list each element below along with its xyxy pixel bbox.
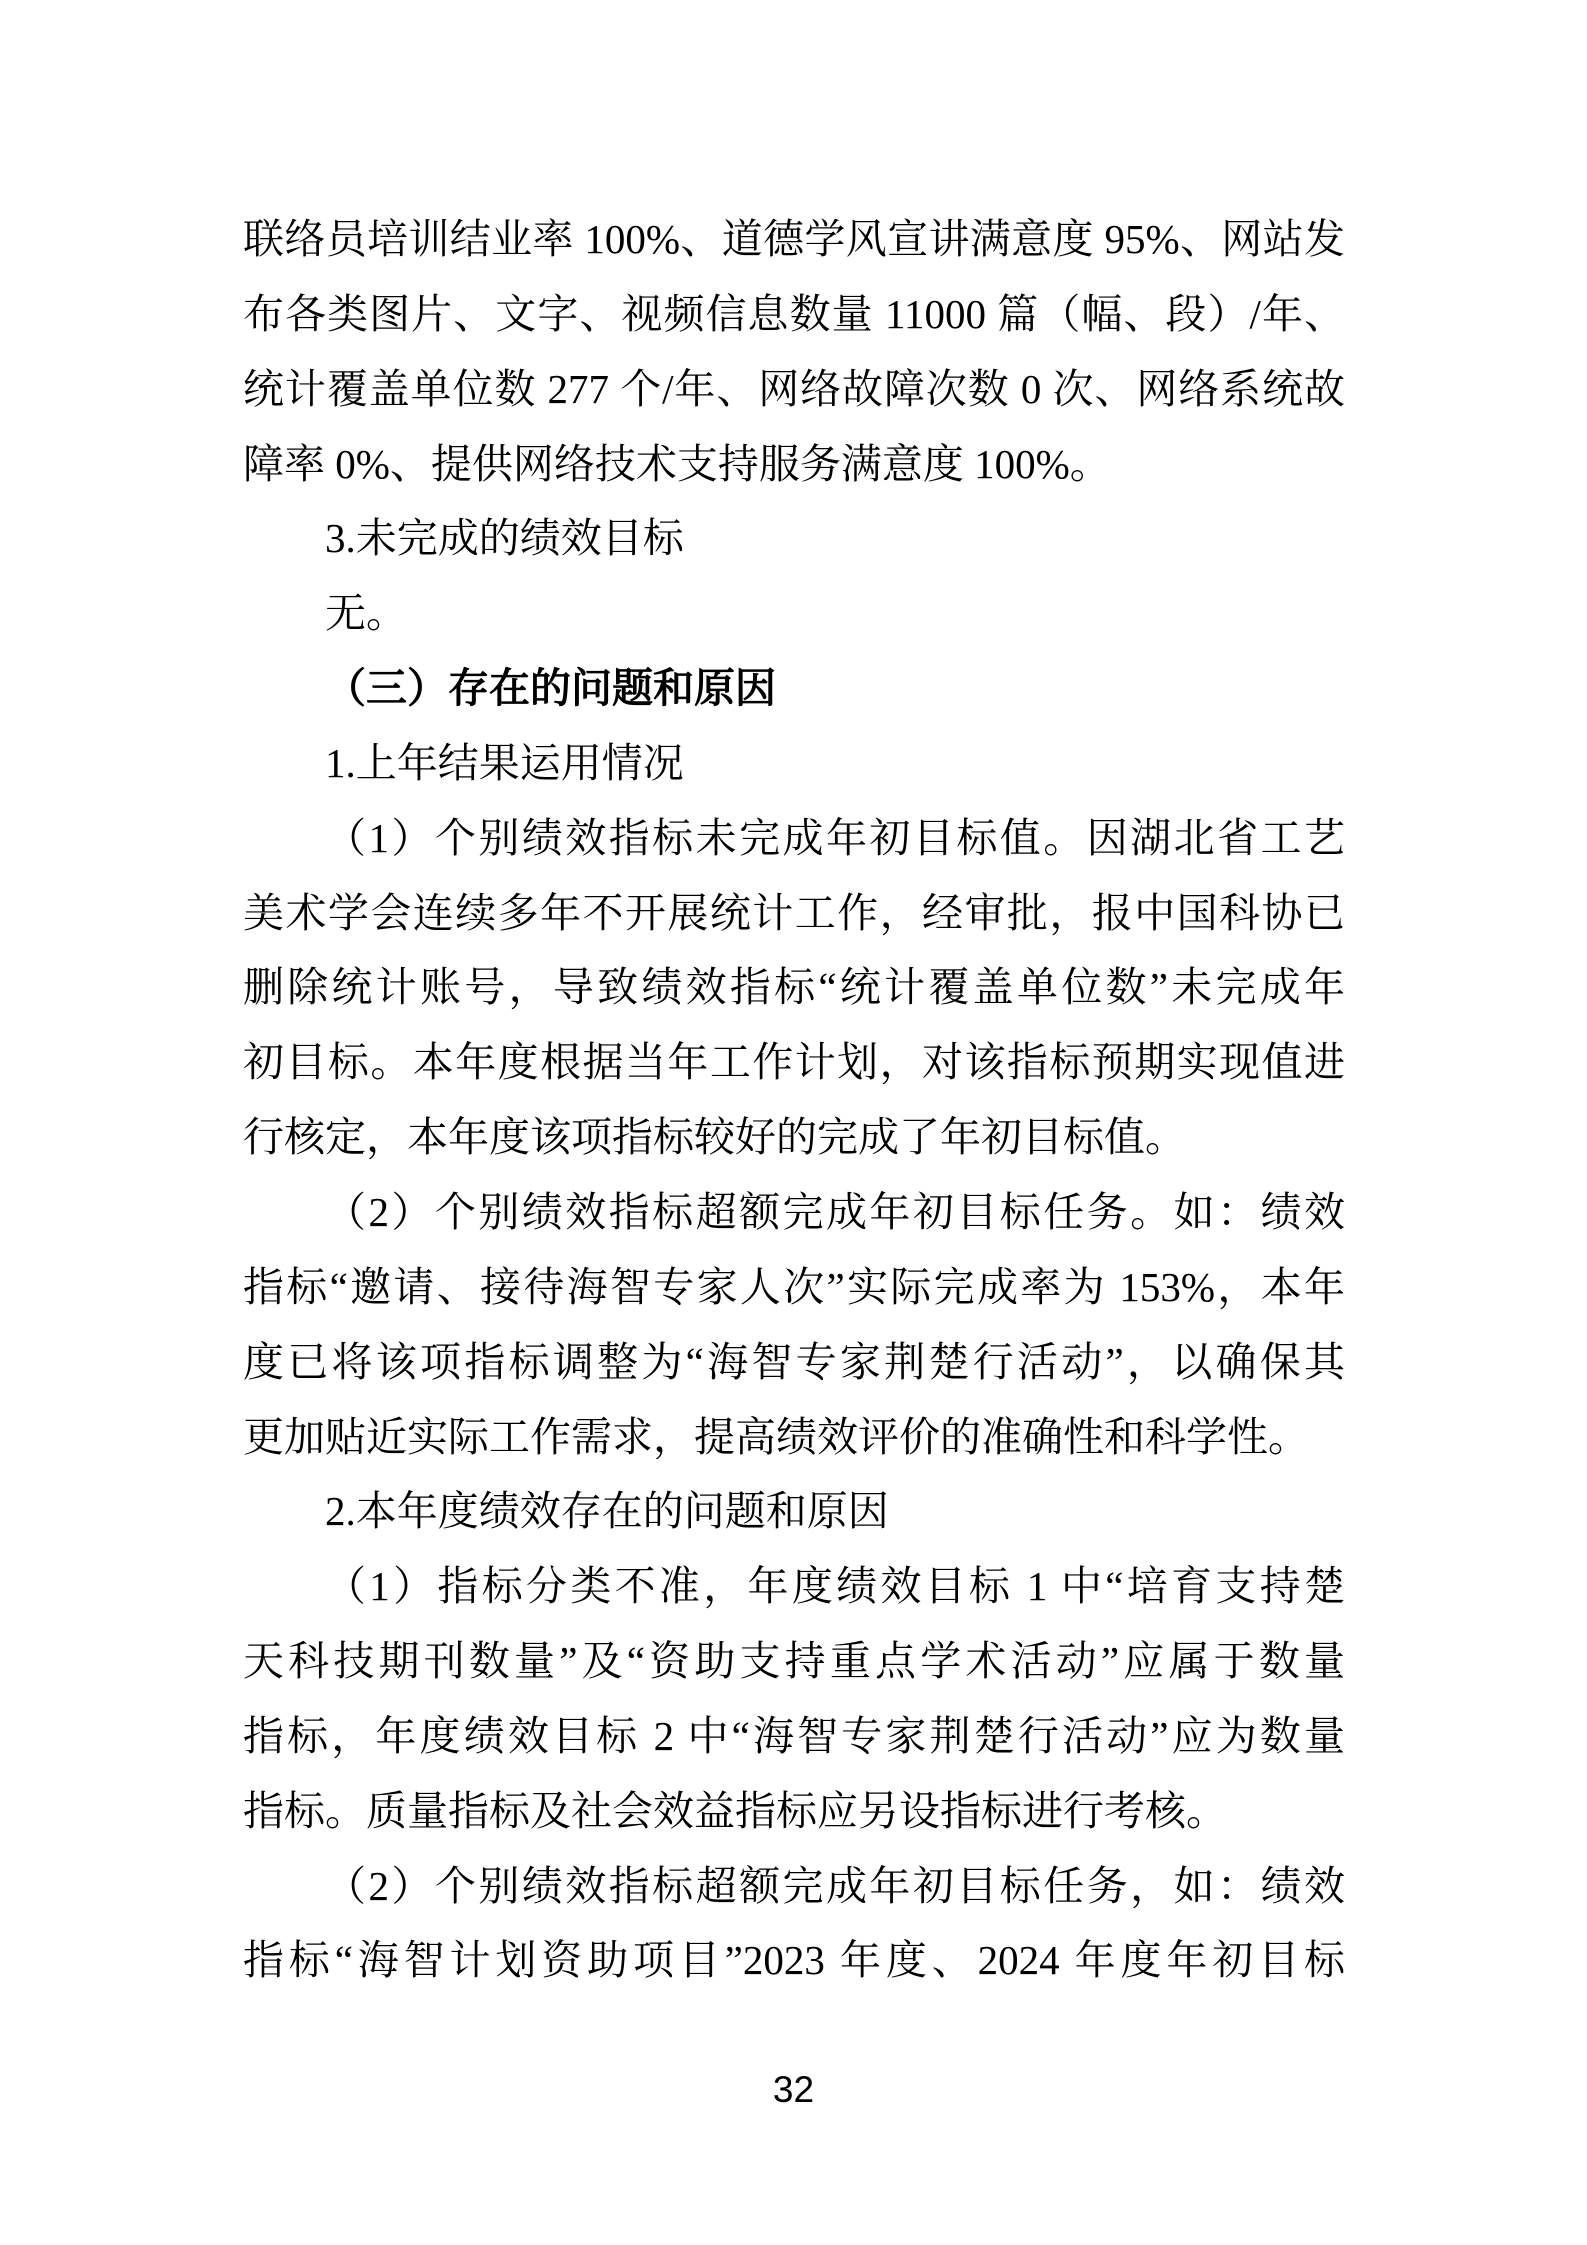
text-line: 障率 0%、提供网络技术支持服务满意度 100%。	[243, 427, 1345, 502]
text-line: 指标，年度绩效目标 2 中“海智专家荆楚行活动”应为数量	[243, 1699, 1345, 1774]
text-line: 行核定，本年度该项指标较好的完成了年初目标值。	[243, 1100, 1345, 1175]
text-line: 天科技期刊数量”及“资助支持重点学术活动”应属于数量	[243, 1624, 1345, 1699]
text-line: 指标。质量指标及社会效益指标应另设指标进行考核。	[243, 1774, 1345, 1849]
text-line: 1.上年结果运用情况	[243, 726, 1345, 801]
text-line: 3.未完成的绩效目标	[243, 501, 1345, 576]
text-line: 更加贴近实际工作需求，提高绩效评价的准确性和科学性。	[243, 1400, 1345, 1475]
text-line: （三）存在的问题和原因	[243, 651, 1345, 726]
page-number: 32	[0, 2068, 1587, 2112]
text-line: （1）指标分类不准，年度绩效目标 1 中“培育支持楚	[243, 1549, 1345, 1624]
text-line: 2.本年度绩效存在的问题和原因	[243, 1474, 1345, 1549]
text-line: 联络员培训结业率 100%、道德学风宣讲满意度 95%、网站发	[243, 202, 1345, 277]
document-page: 联络员培训结业率 100%、道德学风宣讲满意度 95%、网站发布各类图片、文字、…	[0, 0, 1587, 2245]
text-line: 布各类图片、文字、视频信息数量 11000 篇（幅、段）/年、	[243, 277, 1345, 352]
text-block: 联络员培训结业率 100%、道德学风宣讲满意度 95%、网站发布各类图片、文字、…	[243, 202, 1345, 1998]
text-line: （1）个别绩效指标未完成年初目标值。因湖北省工艺	[243, 801, 1345, 876]
text-line: 美术学会连续多年不开展统计工作，经审批，报中国科协已	[243, 876, 1345, 951]
text-line: 统计覆盖单位数 277 个/年、网络故障次数 0 次、网络系统故	[243, 352, 1345, 427]
text-line: 初目标。本年度根据当年工作计划，对该指标预期实现值进	[243, 1025, 1345, 1100]
text-line: 指标“海智计划资助项目”2023 年度、2024 年度年初目标	[243, 1923, 1345, 1998]
text-line: 指标“邀请、接待海智专家人次”实际完成率为 153%，本年	[243, 1250, 1345, 1325]
text-line: 无。	[243, 576, 1345, 651]
text-line: 度已将该项指标调整为“海智专家荆楚行活动”，以确保其	[243, 1325, 1345, 1400]
text-line: （2）个别绩效指标超额完成年初目标任务。如：绩效	[243, 1175, 1345, 1250]
text-line: 删除统计账号，导致绩效指标“统计覆盖单位数”未完成年	[243, 950, 1345, 1025]
text-line: （2）个别绩效指标超额完成年初目标任务，如：绩效	[243, 1849, 1345, 1924]
